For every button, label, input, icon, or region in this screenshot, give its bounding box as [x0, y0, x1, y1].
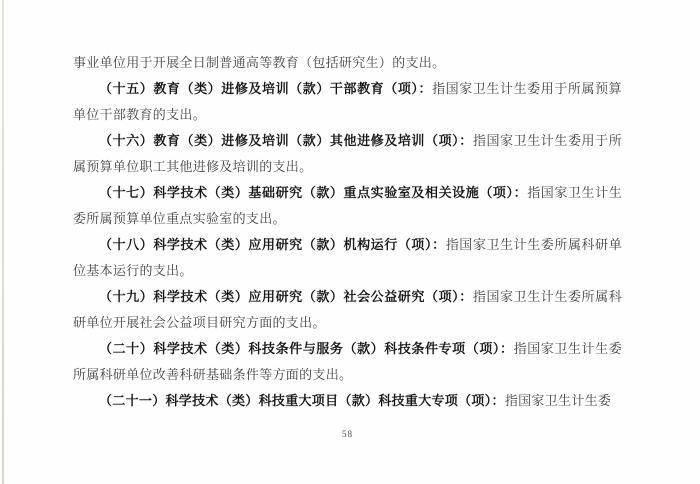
clause-heading: （十八）科学技术（类）应用研究（款）机构运行（项）：	[99, 237, 446, 252]
page-number: 58	[73, 427, 622, 441]
clause-heading: （十九）科学技术（类）应用研究（款）社会公益研究（项）：	[99, 289, 473, 304]
clause-paragraph-19: （十九）科学技术（类）应用研究（款）社会公益研究（项）：指国家卫生计生委所属科研…	[73, 284, 622, 336]
clause-heading: （二十一）科学技术（类）科技重大项目（款）科技重大专项（项）：	[99, 393, 505, 408]
clause-body: 指国家卫生计生委	[505, 393, 611, 408]
clause-heading: （二十）科学技术（类）科技条件与服务（款）科技条件专项（项）：	[99, 341, 514, 356]
document-page: 事业单位用于开展全日制普通高等教育（包括研究生）的支出。 （十五）教育（类）进修…	[0, 0, 700, 484]
intro-paragraph: 事业单位用于开展全日制普通高等教育（包括研究生）的支出。	[73, 50, 622, 76]
clause-paragraph-17: （十七）科学技术（类）基础研究（款）重点实验室及相关设施（项）：指国家卫生计生委…	[73, 180, 622, 232]
clause-paragraph-15: （十五）教育（类）进修及培训（款）干部教育（项）：指国家卫生计生委用于所属预算单…	[73, 76, 622, 128]
clause-paragraph-16: （十六）教育（类）进修及培训（款）其他进修及培训（项）：指国家卫生计生委用于所属…	[73, 128, 622, 180]
body-text: 事业单位用于开展全日制普通高等教育（包括研究生）的支出。 （十五）教育（类）进修…	[73, 50, 622, 414]
clause-heading: （十五）教育（类）进修及培训（款）干部教育（项）：	[99, 81, 432, 96]
scan-edge-line	[2, 0, 4, 484]
clause-paragraph-18: （十八）科学技术（类）应用研究（款）机构运行（项）：指国家卫生计生委所属科研单位…	[73, 232, 622, 284]
clause-paragraph-20: （二十）科学技术（类）科技条件与服务（款）科技条件专项（项）：指国家卫生计生委所…	[73, 336, 622, 388]
clause-heading: （十七）科学技术（类）基础研究（款）重点实验室及相关设施（项）：	[99, 185, 527, 200]
clause-heading: （十六）教育（类）进修及培训（款）其他进修及培训（项）：	[99, 133, 473, 148]
clause-paragraph-21: （二十一）科学技术（类）科技重大项目（款）科技重大专项（项）：指国家卫生计生委	[73, 388, 622, 414]
